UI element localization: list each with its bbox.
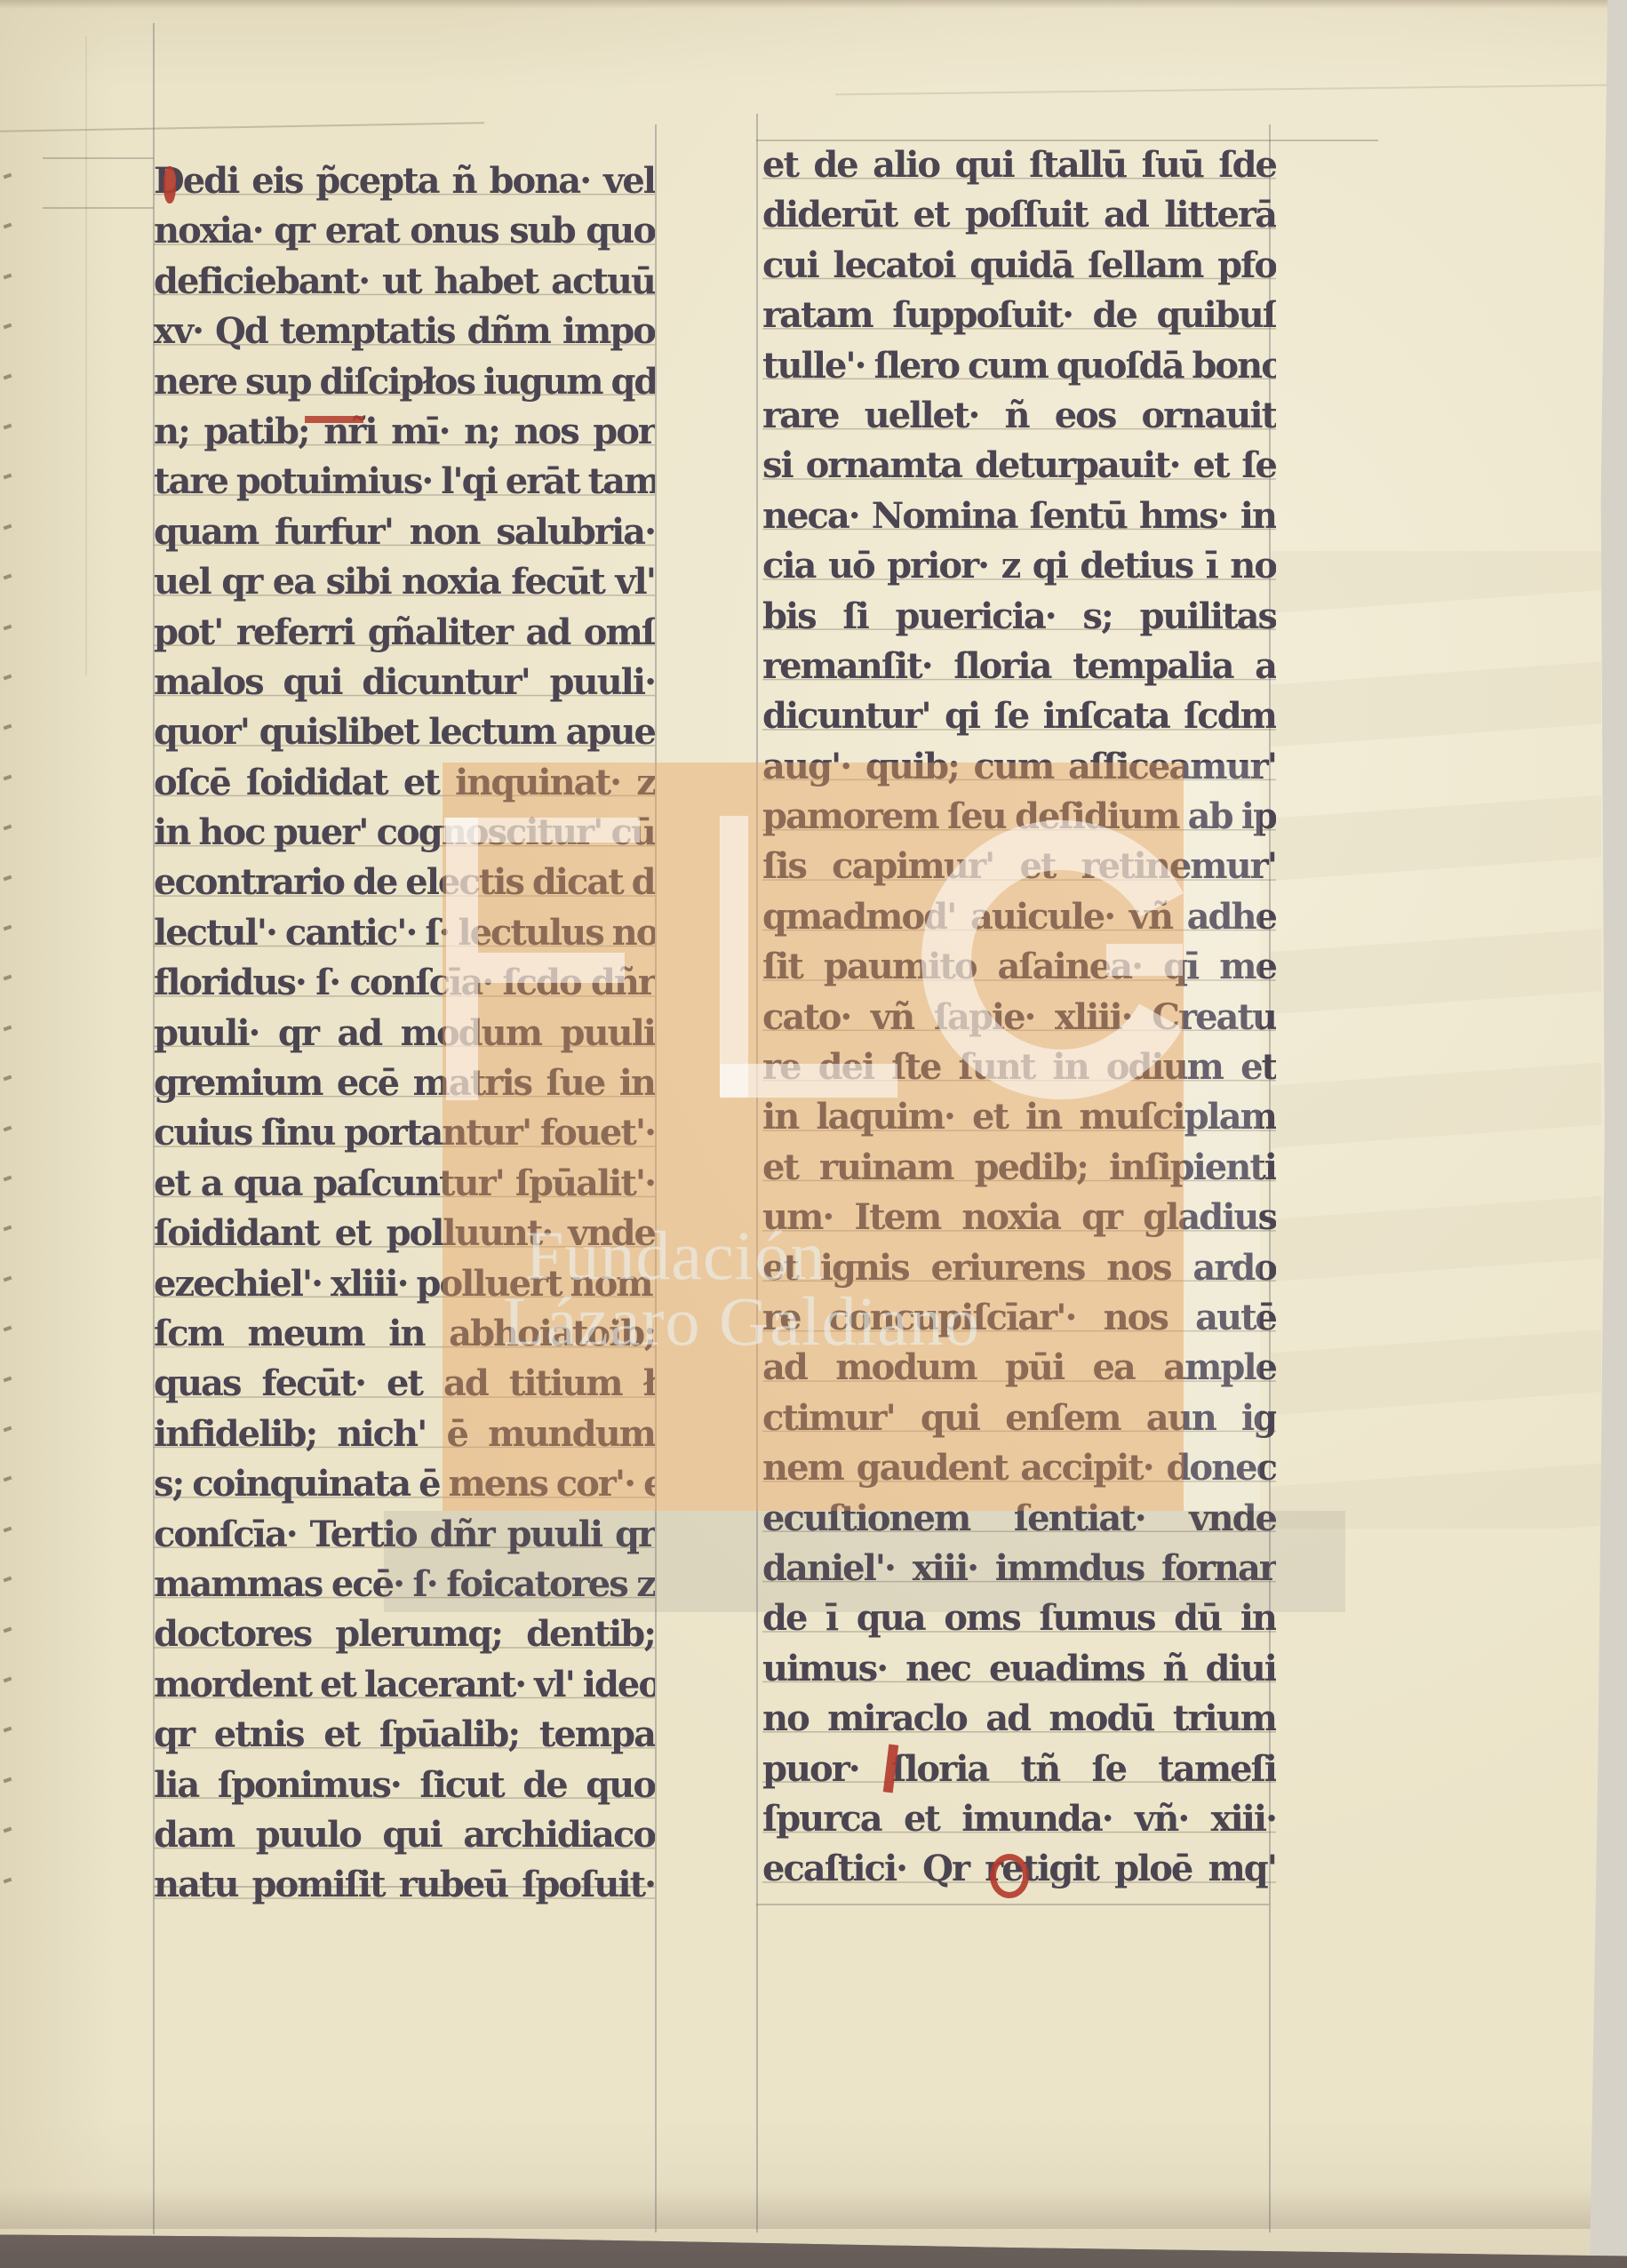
manuscript-page: Dedi eis p̃cepta ñ bona· velnoxia· qr er… [0,0,1627,2268]
manuscript-line: malos qui dicuntur' puuli· [154,658,655,707]
manuscript-line: natu pomiſit rubeū ſpoſuit· [154,1860,655,1910]
manuscript-line: si ornamta deturpauit· et ſe [762,441,1276,491]
pricking-mark [4,1376,12,1382]
manuscript-line: no miraclo ad modū trium [762,1694,1276,1744]
pricking-mark [4,1275,12,1282]
manuscript-line: bis ſi puericia· s; puilitas [762,592,1276,642]
logo-letter-l [720,1064,897,1098]
pricking-mark [4,1777,12,1783]
manuscript-line: deficiebant· ut habet actuū [154,257,655,307]
manuscript-line: uel qr ea sibi noxia fecūt vl' [154,557,655,607]
manuscript-line: dam puulo qui archidiaco [154,1810,655,1860]
pricking-mark [4,675,12,681]
pricking-mark [4,173,12,180]
page-top-shadow [0,0,1627,9]
pricking-mark [4,1426,12,1433]
pricking-mark [4,624,12,630]
red-strikethrough [305,416,363,423]
ruling-margin-stub [43,157,154,159]
pricking-mark [4,1226,12,1232]
logo-letter-l [720,816,748,1098]
manuscript-line: n; patib; nr̃i mī· n; nos por [154,407,655,457]
pricking-mark [4,273,12,279]
page-bottom-shadow [0,2188,1627,2229]
manuscript-line: ſpurca et imunda· vñ· xiii· [762,1794,1276,1844]
manuscript-line: uimus· nec euadims ñ diui [762,1644,1276,1694]
pricking-mark [4,323,12,330]
pricking-mark [4,223,12,229]
pricking-mark [4,1577,12,1583]
pricking-mark [4,774,12,780]
pricking-mark [4,574,12,580]
manuscript-line: pot' referri gñaliter ad omſ [154,608,655,658]
manuscript-line: remanſit· ſloria tempalia a [762,642,1276,691]
watermark-gray-band [384,1511,1345,1612]
manuscript-line: rare uellet· ñ eos ornauit [762,391,1276,441]
manuscript-line: lia ſponimus· ſicut de quo [154,1761,655,1810]
pricking-mark [4,1075,12,1082]
pricking-mark [4,1877,12,1883]
red-initial-q [990,1854,1029,1898]
manuscript-line: Dedi eis p̃cepta ñ bona· vel [154,156,655,206]
manuscript-line: noxia· qr erat onus sub quo [154,206,655,256]
crease-top-right [835,84,1617,96]
pricking-mark [4,1626,12,1633]
manuscript-line: quam furfur' non salubria· [154,507,655,557]
watermark-name-line2: Lázaro Galdiano [503,1282,980,1362]
pricking-mark [4,1326,12,1332]
pricking-mark [4,1827,12,1833]
manuscript-line: neca· Nomina ſentū hms· in [762,491,1276,541]
manuscript-line: cui lecatoi quidā ſellam pfo [762,241,1276,291]
ruling-margin-stub [43,207,154,209]
ruling-horizontal-bottom-right [756,1904,1269,1905]
scan-background-bottom [0,2225,1627,2268]
pricking-mark [4,1125,12,1131]
manuscript-line: et de alio qui ſtallū ſuū ſde [762,140,1276,190]
pricking-mark [4,1025,12,1031]
manuscript-line: dicuntur' qi ſe inſcata ſcdm [762,691,1276,741]
pricking-mark [4,1176,12,1182]
manuscript-line: nere sup diſcipłos iugum qd [154,357,655,407]
pricking-mark [4,1727,12,1733]
manuscript-line: cia uō prior· z qi detius ī no [762,541,1276,591]
crease-left-vertical [85,36,87,675]
pricking-mark [4,925,12,931]
red-initial-decoration [163,166,176,204]
logo-letter-f [446,818,478,1100]
manuscript-line: qr etnis et ſpūalib; tempa [154,1710,655,1760]
pricking-mark [4,474,12,480]
pricking-mark [4,1476,12,1482]
manuscript-line: ratam ſuppoſuit· de quibuſ [762,291,1276,340]
crease-top-left [0,122,484,132]
pricking-mark [4,424,12,430]
manuscript-line: doctores plerumq; dentib; [154,1609,655,1659]
pricking-mark [4,523,12,530]
manuscript-line: tulle'· ſlero cum quoſdā bono [762,341,1276,391]
pricking-mark [4,975,12,981]
pricking-mark [4,825,12,831]
logo-letter-f [478,953,625,983]
manuscript-line: tare potuimius· l'qi erāt tam [154,457,655,507]
manuscript-line: diderūt et poſſuit ad litterā [762,190,1276,240]
manuscript-line: puor· ſloria tñ ſe tameſi [762,1745,1276,1794]
pricking-mark [4,724,12,731]
pricking-mark [4,1677,12,1683]
pricking-mark [4,1526,12,1532]
manuscript-line: mordent et lacerant· vl' ideo [154,1660,655,1710]
logo-letter-g-bar [1106,944,1183,976]
parchment-cockling [1271,551,1601,1529]
pricking-mark [4,874,12,881]
pricking-mark [4,373,12,379]
manuscript-line: xv· Qd temptatis dñm impo [154,307,655,356]
manuscript-line: quor' quislibet lectum apue [154,707,655,757]
